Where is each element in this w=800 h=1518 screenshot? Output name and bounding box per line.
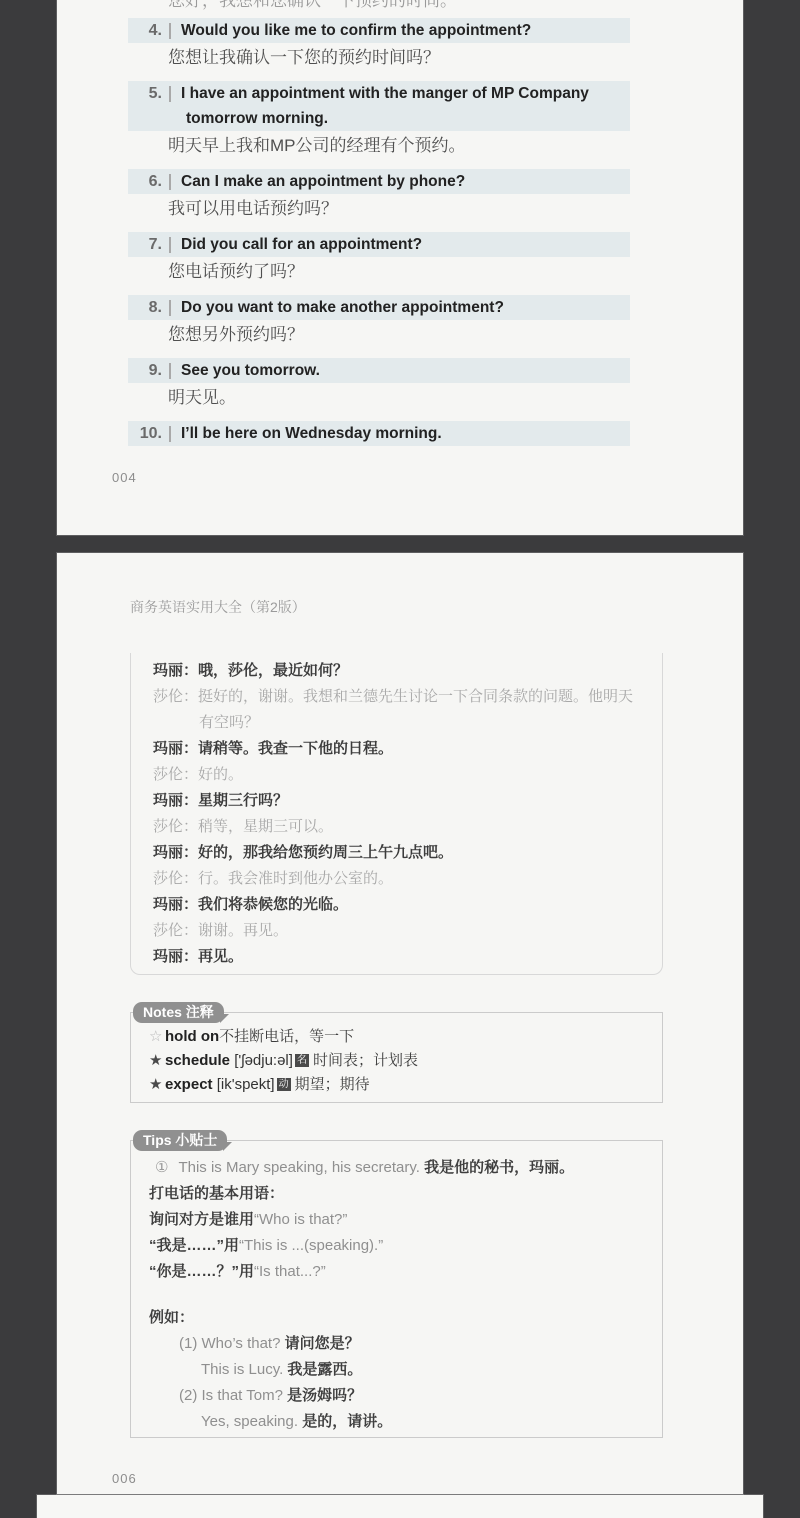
tip-chinese: “你是……？”用 [149, 1263, 254, 1280]
book-page-004: 您好，我想和您确认一下预约的时间。 4. Would you like me t… [57, 0, 743, 535]
dialogue-text: 请稍等。我查一下他的日程。 [198, 740, 393, 757]
phrase-list: 4. Would you like me to confirm the appo… [128, 18, 630, 457]
page-number: 006 [112, 1471, 137, 1486]
star-icon: ★ [149, 1049, 165, 1073]
tip-chinese: 询问对方是谁用 [149, 1211, 254, 1228]
chinese-translation: 明天早上我和MP公司的经理有个预约。 [168, 133, 630, 158]
definition: 不挂断电话，等一下 [219, 1028, 354, 1045]
tip-chinese: 我是他的秘书，玛丽。 [424, 1159, 574, 1176]
speaker-name: 莎伦： [153, 766, 198, 783]
dialogue-text: 好的，那我给您预约周三上午九点吧。 [198, 844, 453, 861]
tip-line: 询问对方是谁用“Who is that?” [149, 1207, 652, 1233]
speaker-name: 玛丽： [153, 792, 198, 809]
next-page-edge [37, 1495, 763, 1518]
dialogue-line: 玛丽：请稍等。我查一下他的日程。 [153, 736, 642, 762]
tip-line: 打电话的基本用语： [149, 1181, 652, 1207]
english-sentence: Did you call for an appointment? [181, 232, 630, 257]
speaker-name: 玛丽： [153, 740, 198, 757]
speaker-name: 莎伦： [153, 922, 198, 939]
running-header: 商务英语实用大全（第2版） [130, 597, 306, 617]
phrase-row: 8. Do you want to make another appointme… [128, 295, 630, 347]
speaker-name: 莎伦： [153, 818, 198, 835]
english-sentence: I’ll be here on Wednesday morning. [181, 421, 630, 446]
dialogue-text: 我们将恭候您的光临。 [198, 896, 348, 913]
dialogue-text: 稍等，星期三可以。 [198, 818, 333, 835]
dialogue-text: 再见。 [198, 948, 243, 965]
item-number: 10. [128, 421, 162, 446]
english-sentence-highlight: 7. Did you call for an appointment? [128, 232, 630, 257]
dialogue-line: 玛丽：星期三行吗？ [153, 788, 642, 814]
speaker-name: 玛丽： [153, 948, 198, 965]
dialogue-line: 玛丽：再见。 [153, 944, 642, 970]
example-english: This is Lucy. [201, 1361, 283, 1378]
phrase-row: 4. Would you like me to confirm the appo… [128, 18, 630, 70]
phrase-row: 10. I’ll be here on Wednesday morning. [128, 421, 630, 446]
ebook-reader-view: 您好，我想和您确认一下预约的时间。 4. Would you like me t… [0, 0, 800, 1518]
star-icon: ☆ [149, 1025, 165, 1049]
dialogue-text: 好的。 [198, 766, 243, 783]
vocab-entry: ☆hold on不挂断电话，等一下 [149, 1025, 652, 1049]
item-number: 6. [128, 169, 162, 194]
english-sentence: See you tomorrow. [181, 358, 630, 383]
speaker-name: 莎伦： [153, 870, 198, 887]
tip-english: “Who is that?” [254, 1211, 347, 1228]
separator-bar [169, 426, 171, 442]
example-english: Yes, speaking. [201, 1413, 298, 1430]
english-sentence: Would you like me to confirm the appoint… [181, 18, 630, 43]
clipped-text-line: 您好，我想和您确认一下预约的时间。 [168, 0, 457, 11]
chinese-translation: 您电话预约了吗？ [168, 259, 630, 284]
example-line: (2) Is that Tom? 是汤姆吗？ [149, 1383, 652, 1409]
separator-bar [169, 363, 171, 379]
headword: schedule [165, 1052, 230, 1069]
part-of-speech-tag: 名 [295, 1054, 309, 1067]
separator-bar [169, 174, 171, 190]
dialogue-text: 谢谢。再见。 [198, 922, 288, 939]
dialogue-line: 莎伦：挺好的，谢谢。我想和兰德先生讨论一下合同条款的问题。他明天有空吗？ [153, 684, 642, 736]
english-sentence-highlight: 5. I have an appointment with the manger… [128, 81, 630, 131]
separator-bar [169, 237, 171, 253]
dialogue-text: 挺好的，谢谢。我想和兰德先生讨论一下合同条款的问题。他明天有空吗？ [198, 688, 633, 731]
dialogue-line: 莎伦：行。我会准时到他办公室的。 [153, 866, 642, 892]
example-english: (2) Is that Tom? [179, 1387, 283, 1404]
tip-line: “你是……？”用“Is that...?” [149, 1259, 652, 1285]
tips-box: Tips 小贴士 ①This is Mary speaking, his sec… [130, 1140, 663, 1438]
book-page-006: 商务英语实用大全（第2版） 玛丽：哦，莎伦，最近如何？ 莎伦：挺好的，谢谢。我想… [57, 553, 743, 1494]
example-chinese: 是汤姆吗？ [287, 1387, 362, 1404]
item-number: 5. [128, 81, 162, 106]
vocab-entry: ★schedule ['ʃədju:əl]名时间表；计划表 [149, 1049, 652, 1073]
phonetic: [ik'spekt] [217, 1076, 275, 1093]
separator-bar [169, 300, 171, 316]
item-number: 8. [128, 295, 162, 320]
tip-english: “Is that...?” [254, 1263, 326, 1280]
dialogue-line: 莎伦：谢谢。再见。 [153, 918, 642, 944]
page-number: 004 [112, 470, 137, 485]
chinese-translation: 您想让我确认一下您的预约时间吗？ [168, 45, 630, 70]
headword: expect [165, 1076, 213, 1093]
phrase-row: 6. Can I make an appointment by phone? 我… [128, 169, 630, 221]
item-number: 4. [128, 18, 162, 43]
english-sentence: Can I make an appointment by phone? [181, 169, 630, 194]
tip-chinese: “我是……”用 [149, 1237, 239, 1254]
tip-line: ①This is Mary speaking, his secretary. 我… [149, 1155, 652, 1181]
english-sentence-continued: tomorrow morning. [181, 106, 630, 131]
separator-bar [169, 23, 171, 39]
speaker-name: 莎伦： [153, 688, 198, 705]
dialogue-line: 莎伦：好的。 [153, 762, 642, 788]
dialogue-text: 哦，莎伦，最近如何？ [198, 662, 348, 679]
phonetic: ['ʃədju:əl] [234, 1052, 293, 1069]
example-line: (1) Who’s that? 请问您是？ [149, 1331, 652, 1357]
item-number: 9. [128, 358, 162, 383]
definition: 时间表；计划表 [313, 1052, 418, 1069]
example-label: 例如： [149, 1305, 652, 1331]
dialogue-line: 莎伦：稍等，星期三可以。 [153, 814, 642, 840]
separator-bar [169, 86, 171, 102]
notes-badge: Notes 注释 [133, 1002, 224, 1023]
example-line: This is Lucy. 我是露西。 [149, 1357, 652, 1383]
english-sentence: I have an appointment with the manger of… [181, 81, 630, 106]
phrase-row: 9. See you tomorrow. 明天见。 [128, 358, 630, 410]
dialogue-box: 玛丽：哦，莎伦，最近如何？ 莎伦：挺好的，谢谢。我想和兰德先生讨论一下合同条款的… [130, 653, 663, 975]
example-line: Yes, speaking. 是的，请讲。 [149, 1409, 652, 1435]
definition: 期望；期待 [295, 1076, 370, 1093]
chinese-translation: 明天见。 [168, 385, 630, 410]
phrase-row: 5. I have an appointment with the manger… [128, 81, 630, 158]
speaker-name: 玛丽： [153, 896, 198, 913]
example-english: (1) Who’s that? [179, 1335, 280, 1352]
dialogue-line: 玛丽：我们将恭候您的光临。 [153, 892, 642, 918]
headword: hold on [165, 1028, 219, 1045]
dialogue-text: 行。我会准时到他办公室的。 [198, 870, 393, 887]
chinese-translation: 您想另外预约吗？ [168, 322, 630, 347]
example-chinese: 是的，请讲。 [302, 1413, 392, 1430]
vocab-entry: ★expect [ik'spekt]动期望；期待 [149, 1073, 652, 1097]
speaker-name: 玛丽： [153, 844, 198, 861]
english-sentence-highlight: 6. Can I make an appointment by phone? [128, 169, 630, 194]
english-sentence-highlight: 8. Do you want to make another appointme… [128, 295, 630, 320]
example-chinese: 请问您是？ [285, 1335, 360, 1352]
english-sentence: Do you want to make another appointment? [181, 295, 630, 320]
dialogue-line: 玛丽：哦，莎伦，最近如何？ [153, 658, 642, 684]
english-sentence-highlight: 4. Would you like me to confirm the appo… [128, 18, 630, 43]
dialogue-line: 玛丽：好的，那我给您预约周三上午九点吧。 [153, 840, 642, 866]
tip-line: “我是……”用“This is ...(speaking).” [149, 1233, 652, 1259]
tip-english: “This is ...(speaking).” [239, 1237, 383, 1254]
chinese-translation: 我可以用电话预约吗？ [168, 196, 630, 221]
english-sentence-highlight: 10. I’ll be here on Wednesday morning. [128, 421, 630, 446]
tips-badge: Tips 小贴士 [133, 1130, 227, 1151]
item-number: 7. [128, 232, 162, 257]
tip-english: This is Mary speaking, his secretary. [178, 1159, 419, 1176]
circled-number-icon: ① [155, 1159, 168, 1176]
dialogue-text: 星期三行吗？ [198, 792, 288, 809]
notes-box: Notes 注释 ☆hold on不挂断电话，等一下 ★schedule ['ʃ… [130, 1012, 663, 1103]
speaker-name: 玛丽： [153, 662, 198, 679]
part-of-speech-tag: 动 [277, 1078, 291, 1091]
example-chinese: 我是露西。 [287, 1361, 362, 1378]
english-sentence-highlight: 9. See you tomorrow. [128, 358, 630, 383]
star-icon: ★ [149, 1073, 165, 1097]
phrase-row: 7. Did you call for an appointment? 您电话预… [128, 232, 630, 284]
